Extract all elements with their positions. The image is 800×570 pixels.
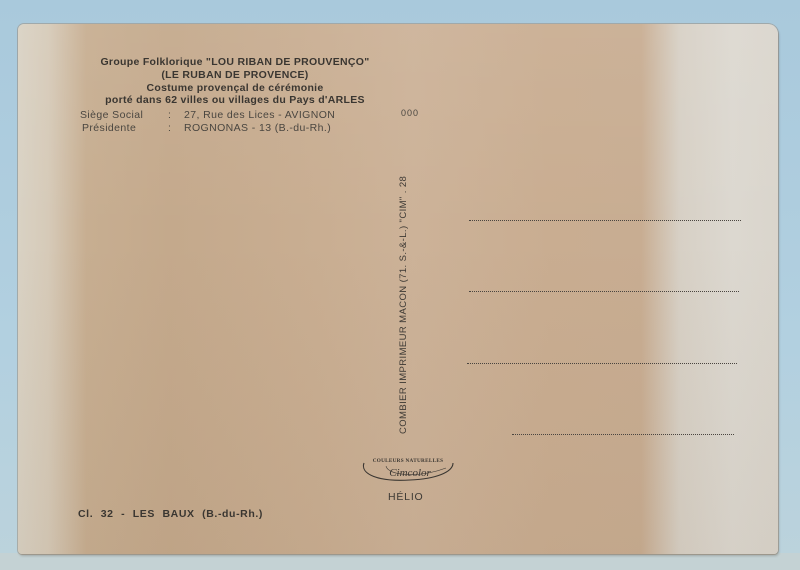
address-line-1 [469,220,741,221]
group-subtitle: (LE RUBAN DE PROVENCE) [80,69,390,82]
presidente-label: Présidente [82,122,136,135]
postcard-header: Groupe Folklorique "LOU RIBAN DE PROUVEN… [80,56,390,82]
address-line-3 [467,363,737,364]
svg-text:Cimcolor: Cimcolor [389,467,431,479]
table-surface [0,553,800,570]
costume-description: Costume provençal de cérémonie porté dan… [80,82,390,106]
siege-value: 27, Rue des Lices - AVIGNON [184,109,335,122]
siege-label: Siège Social [80,109,143,122]
address-line-4 [512,434,734,435]
siege-sep: : [168,109,171,122]
address-line-2 [469,291,739,292]
printer-code: 000 [401,108,419,118]
siege-social-row: Siège Social : 27, Rue des Lices - AVIGN… [80,109,390,123]
helio-label: HÉLIO [388,491,424,503]
cimcolor-logo-icon: COULEURS NATURELLES Cimcolor [358,454,458,488]
presidente-row: Présidente : ROGNONAS - 13 (B.-du-Rh.) [80,122,390,136]
printer-vertical-text: COMBIER IMPRIMEUR MACON (71. S.-&-L.) "C… [398,176,409,434]
presidente-value: ROGNONAS - 13 (B.-du-Rh.) [184,122,331,135]
svg-text:COULEURS NATURELLES: COULEURS NATURELLES [373,458,444,464]
group-name: Groupe Folklorique "LOU RIBAN DE PROUVEN… [80,56,390,69]
caption-footer: Cl. 32 - LES BAUX (B.-du-Rh.) [78,508,263,520]
costume-line: Costume provençal de cérémonie [80,82,390,94]
postcard-back: Groupe Folklorique "LOU RIBAN DE PROUVEN… [18,24,778,554]
presidente-sep: : [168,122,171,135]
region-line: porté dans 62 villes ou villages du Pays… [80,94,390,106]
